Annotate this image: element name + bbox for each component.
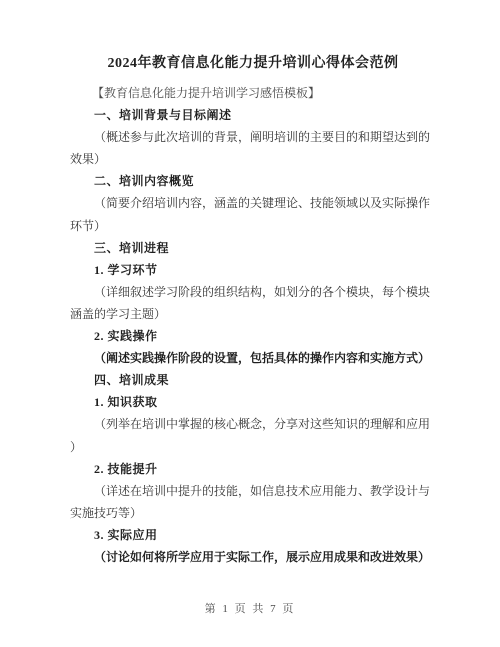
body-paragraph: （详细叙述学习阶段的组织结构，如划分的各个模块，每个模块涵盖的学习主题） bbox=[70, 281, 436, 325]
document-content: 2024年教育信息化能力提升培训心得体会范例 【教育信息化能力提升培训学习感悟模… bbox=[0, 0, 500, 568]
sub-section-heading: 2. 技能提升 bbox=[70, 458, 436, 480]
document-page: 2024年教育信息化能力提升培训心得体会范例 【教育信息化能力提升培训学习感悟模… bbox=[0, 0, 500, 647]
section-heading: 三、培训进程 bbox=[70, 237, 436, 259]
body-paragraph-bold: （阐述实践操作阶段的设置，包括具体的操作内容和实施方式） bbox=[70, 347, 436, 369]
body-paragraph: （概述参与此次培训的背景，阐明培训的主要目的和期望达到的效果） bbox=[70, 126, 436, 170]
section-heading: 一、培训背景与目标阐述 bbox=[70, 104, 436, 126]
body-paragraph: （列举在培训中掌握的核心概念，分享对这些知识的理解和应用） bbox=[70, 413, 436, 457]
section-heading: 二、培训内容概览 bbox=[70, 170, 436, 192]
sub-section-heading: 1. 学习环节 bbox=[70, 259, 436, 281]
body-paragraph-bold: （讨论如何将所学应用于实际工作，展示应用成果和改进效果） bbox=[70, 546, 436, 568]
sub-section-heading: 1. 知识获取 bbox=[70, 391, 436, 413]
body-paragraph: （详述在培训中提升的技能，如信息技术应用能力、教学设计与实施技巧等） bbox=[70, 480, 436, 524]
document-subtitle: 【教育信息化能力提升培训学习感悟模板】 bbox=[70, 82, 436, 104]
sub-section-heading: 2. 实践操作 bbox=[70, 325, 436, 347]
document-body: 一、培训背景与目标阐述（概述参与此次培训的背景，阐明培训的主要目的和期望达到的效… bbox=[70, 104, 436, 568]
document-title: 2024年教育信息化能力提升培训心得体会范例 bbox=[70, 53, 436, 74]
section-heading: 四、培训成果 bbox=[70, 369, 436, 391]
body-paragraph: （简要介绍培训内容，涵盖的关键理论、技能领域以及实际操作环节） bbox=[70, 192, 436, 236]
page-number-footer: 第 1 页 共 7 页 bbox=[0, 600, 500, 616]
sub-section-heading: 3. 实际应用 bbox=[70, 524, 436, 546]
